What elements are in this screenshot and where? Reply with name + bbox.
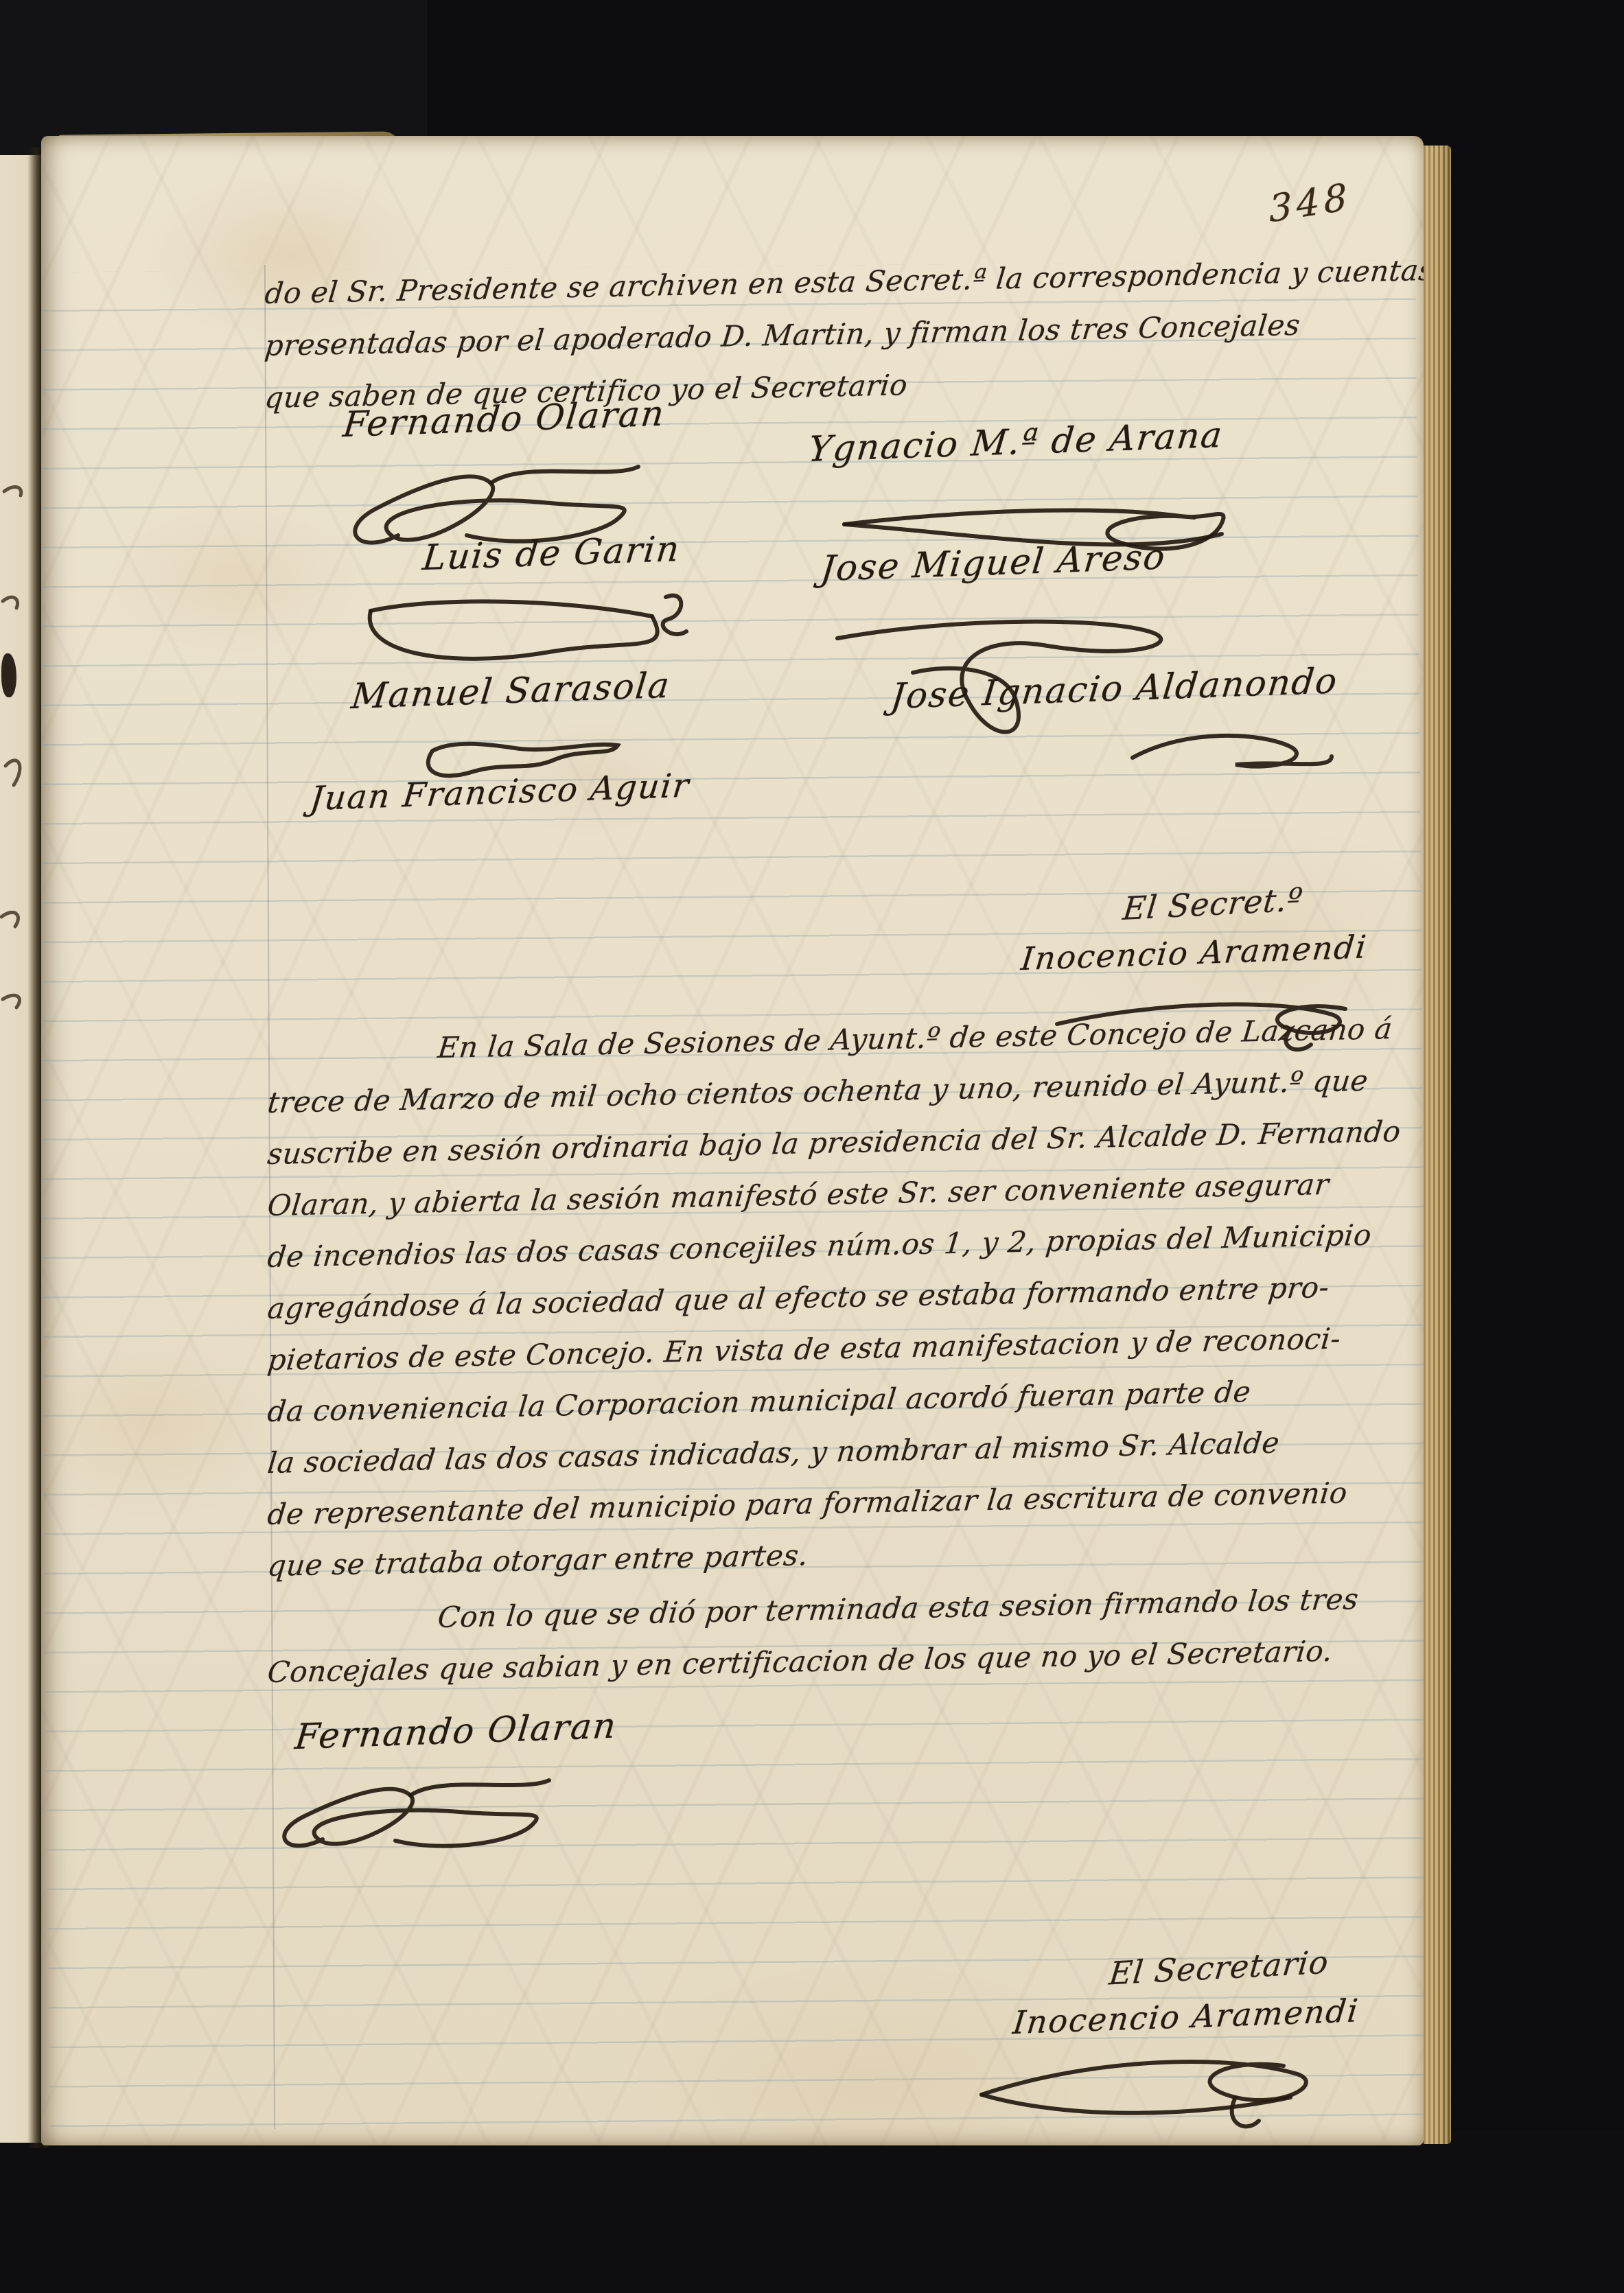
rubric-olaran-bottom — [247, 1768, 590, 1871]
rubric-aramendi-bottom — [968, 2041, 1352, 2144]
opening-paragraph: do el Sr. Presidente se archiven en esta… — [265, 268, 1424, 424]
closing-paragraph: Con lo que se dió por terminada esta ses… — [268, 1595, 1359, 1698]
manuscript-photo: { "document": { "page_number": "348", "o… — [0, 0, 1624, 2293]
stacked-page-edges — [1424, 146, 1451, 2144]
session-paragraph: En la Sala de Sesiones de Ayunt.º de est… — [268, 1025, 1401, 1592]
rubric-aldanondo — [1112, 717, 1345, 792]
backdrop-bottom — [0, 2131, 1624, 2293]
manuscript-page: 348 do el Sr. Presidente se archiven en … — [41, 136, 1424, 2145]
page-number: 348 — [1268, 174, 1352, 231]
